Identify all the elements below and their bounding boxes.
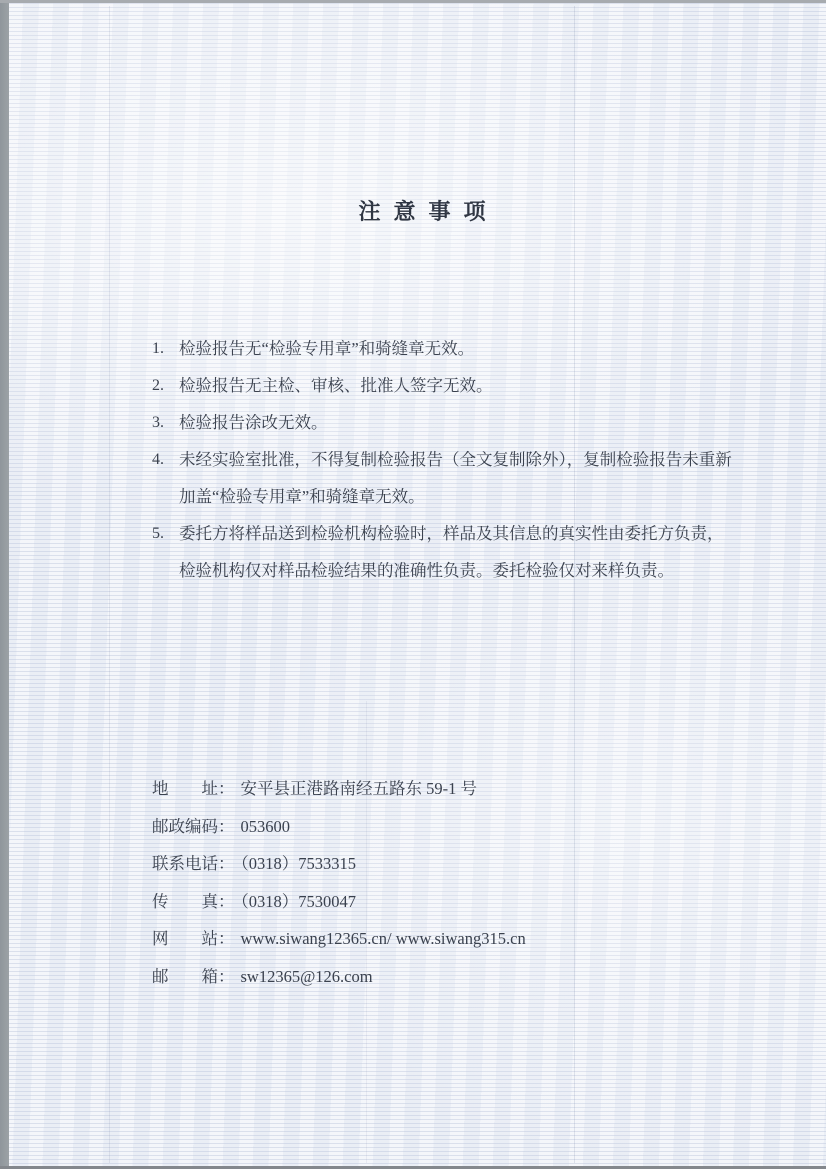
contact-value: www.siwang12365.cn/ www.siwang315.cn (235, 929, 526, 948)
contact-row-email: 邮 箱：sw12365@126.com (152, 958, 526, 996)
note-text: 委托方将样品送到检验机构检验时，样品及其信息的真实性由委托方负责， 检验机构仅对… (179, 515, 752, 589)
note-number: 4. (152, 441, 179, 515)
contact-label: 邮 箱： (152, 967, 235, 986)
contact-label: 邮政编码： (152, 817, 235, 836)
contact-row-address: 地 址：安平县正港路南经五路东 59-1 号 (152, 770, 526, 808)
note-line: 检验机构仅对样品检验结果的准确性负责。委托检验仅对来样负责。 (179, 552, 752, 589)
note-number: 1. (152, 330, 179, 367)
contact-info-section: 地 址：安平县正港路南经五路东 59-1 号 邮政编码：053600 联系电话：… (152, 770, 526, 996)
contact-value: （0318）7530047 (235, 892, 357, 911)
note-item-3: 3. 检验报告涂改无效。 (152, 404, 752, 441)
scanned-page: 注意事项 1. 检验报告无“检验专用章”和骑缝章无效。 2. 检验报告无主检、审… (9, 3, 826, 1166)
note-line: 检验报告无“检验专用章”和骑缝章无效。 (179, 330, 752, 367)
note-item-2: 2. 检验报告无主检、审核、批准人签字无效。 (152, 367, 752, 404)
contact-value: 安平县正港路南经五路东 59-1 号 (235, 779, 478, 798)
note-number: 5. (152, 515, 179, 589)
contact-row-fax: 传 真：（0318）7530047 (152, 883, 526, 921)
note-text: 检验报告无“检验专用章”和骑缝章无效。 (179, 330, 752, 367)
note-item-5: 5. 委托方将样品送到检验机构检验时，样品及其信息的真实性由委托方负责， 检验机… (152, 515, 752, 589)
note-item-4: 4. 未经实验室批准，不得复制检验报告（全文复制除外），复制检验报告未重新 加盖… (152, 441, 752, 515)
note-item-1: 1. 检验报告无“检验专用章”和骑缝章无效。 (152, 330, 752, 367)
paper-crease-line (109, 6, 110, 1163)
contact-row-website: 网 站：www.siwang12365.cn/ www.siwang315.cn (152, 920, 526, 958)
contact-value: （0318）7533315 (235, 854, 357, 873)
note-line: 加盖“检验专用章”和骑缝章无效。 (179, 478, 752, 515)
note-line: 检验报告无主检、审核、批准人签字无效。 (179, 367, 752, 404)
contact-label: 网 站： (152, 929, 235, 948)
note-number: 3. (152, 404, 179, 441)
note-line: 委托方将样品送到检验机构检验时，样品及其信息的真实性由委托方负责， (179, 515, 752, 552)
note-text: 检验报告无主检、审核、批准人签字无效。 (179, 367, 752, 404)
contact-row-postal-code: 邮政编码：053600 (152, 808, 526, 846)
scan-edge-top (0, 0, 826, 3)
contact-value: sw12365@126.com (235, 967, 373, 986)
contact-row-phone: 联系电话：（0318）7533315 (152, 845, 526, 883)
contact-label: 传 真： (152, 892, 235, 911)
notes-list: 1. 检验报告无“检验专用章”和骑缝章无效。 2. 检验报告无主检、审核、批准人… (152, 330, 752, 589)
page-title: 注意事项 (18, 195, 826, 226)
contact-label: 地 址： (152, 779, 235, 798)
note-text: 检验报告涂改无效。 (179, 404, 752, 441)
note-number: 2. (152, 367, 179, 404)
scan-edge-left (0, 0, 9, 1169)
note-line: 检验报告涂改无效。 (179, 404, 752, 441)
contact-label: 联系电话： (152, 854, 235, 873)
contact-value: 053600 (235, 817, 291, 836)
note-text: 未经实验室批准，不得复制检验报告（全文复制除外），复制检验报告未重新 加盖“检验… (179, 441, 752, 515)
note-line: 未经实验室批准，不得复制检验报告（全文复制除外），复制检验报告未重新 (179, 441, 752, 478)
